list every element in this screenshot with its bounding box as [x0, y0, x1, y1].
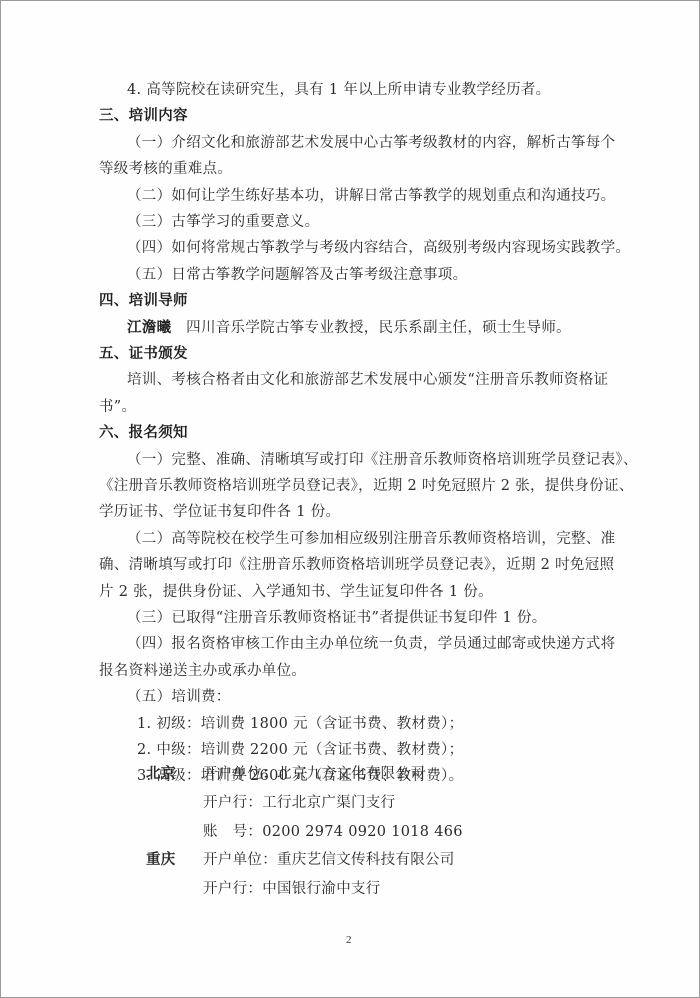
account-chongqing-unit: 开户单位：重庆艺信文传科技有限公司 [203, 850, 455, 870]
registration-item-2-line2: 确、清晰填写或打印《注册音乐教师资格培训班学员登记表》，近期 2 吋免冠照 [99, 555, 614, 575]
registration-item-4-line1: （四）报名资格审核工作由主办单位统一负责，学员通过邮寄或快递方式将 [127, 634, 615, 654]
registration-item-1-line2: 《注册音乐教师资格培训班学员登记表》，近期 2 吋免冠照片 2 张，提供身份证、 [99, 476, 634, 496]
content-item-1-line2: 等级考核的重难点。 [99, 159, 232, 179]
account-beijing-bank: 开户行：工行北京广渠门支行 [203, 793, 395, 813]
document-page: 4. 高等院校在读研究生，具有 1 年以上所申请专业教学经历者。 三、培训内容 … [0, 0, 700, 998]
page-number: 2 [346, 934, 352, 946]
certificate-line2: 书”。 [99, 397, 136, 417]
section-3-heading: 三、培训内容 [99, 106, 188, 126]
registration-item-2-line1: （二）高等院校在校学生可参加相应级别注册音乐教师资格培训，完整、准 [127, 529, 615, 549]
content-item-5: （五）日常古筝教学问题解答及古筝考级注意事项。 [127, 265, 467, 285]
requirement-4: 4. 高等院校在读研究生，具有 1 年以上所申请专业教学经历者。 [127, 80, 551, 100]
content-item-4: （四）如何将常规古筝教学与考级内容结合，高级别考级内容现场实践教学。 [127, 238, 630, 258]
fee-primary: 1. 初级：培训费 1800 元（含证书费、教材费）； [137, 714, 463, 734]
registration-item-4-line2: 报名资料递送主办或承办单位。 [99, 661, 306, 681]
fee-intermediate: 2. 中级：培训费 2200 元（含证书费、教材费）； [137, 740, 463, 760]
registration-item-3: （三）已取得“注册音乐教师资格证书”者提供证书复印件 1 份。 [127, 608, 547, 628]
section-6-heading: 六、报名须知 [99, 423, 188, 443]
content-item-2: （二）如何让学生练好基本功，讲解日常古筝教学的规划重点和沟通技巧。 [127, 186, 615, 206]
content-item-3: （三）古筝学习的重要意义。 [127, 212, 319, 232]
account-city-beijing: 北京 [146, 764, 176, 784]
account-beijing-unit: 开户单位：北京九方文化有限公司 [203, 764, 425, 784]
content-item-1-line1: （一）介绍文化和旅游部艺术发展中心古筝考级教材的内容，解析古筝每个 [127, 133, 615, 153]
section-4-heading: 四、培训导师 [99, 291, 188, 311]
account-chongqing-bank: 开户行：中国银行渝中支行 [203, 879, 381, 899]
instructor-description: 四川音乐学院古筝专业教授，民乐系副主任，硕士生导师。 [186, 320, 571, 336]
instructor-entry: 江澹曦 四川音乐学院古筝专业教授，民乐系副主任，硕士生导师。 [127, 318, 571, 338]
section-5-heading: 五、证书颁发 [99, 344, 188, 364]
account-beijing-number: 账 号：0200 2974 0920 1018 466 [203, 822, 463, 842]
instructor-name: 江澹曦 [127, 319, 171, 336]
registration-item-2-line3: 片 2 张，提供身份证、入学通知书、学生证复印件各 1 份。 [99, 582, 493, 602]
registration-item-1-line3: 学历证书、学位证书复印件各 1 份。 [99, 502, 340, 522]
certificate-line1: 培训、考核合格者由文化和旅游部艺术发展中心颁发“注册音乐教师资格证 [127, 370, 608, 390]
training-fee-heading: （五）培训费： [127, 687, 231, 707]
account-city-chongqing: 重庆 [146, 850, 176, 870]
registration-item-1-line1: （一）完整、准确、清晰填写或打印《注册音乐教师资格培训班学员登记表》、 [127, 450, 638, 470]
